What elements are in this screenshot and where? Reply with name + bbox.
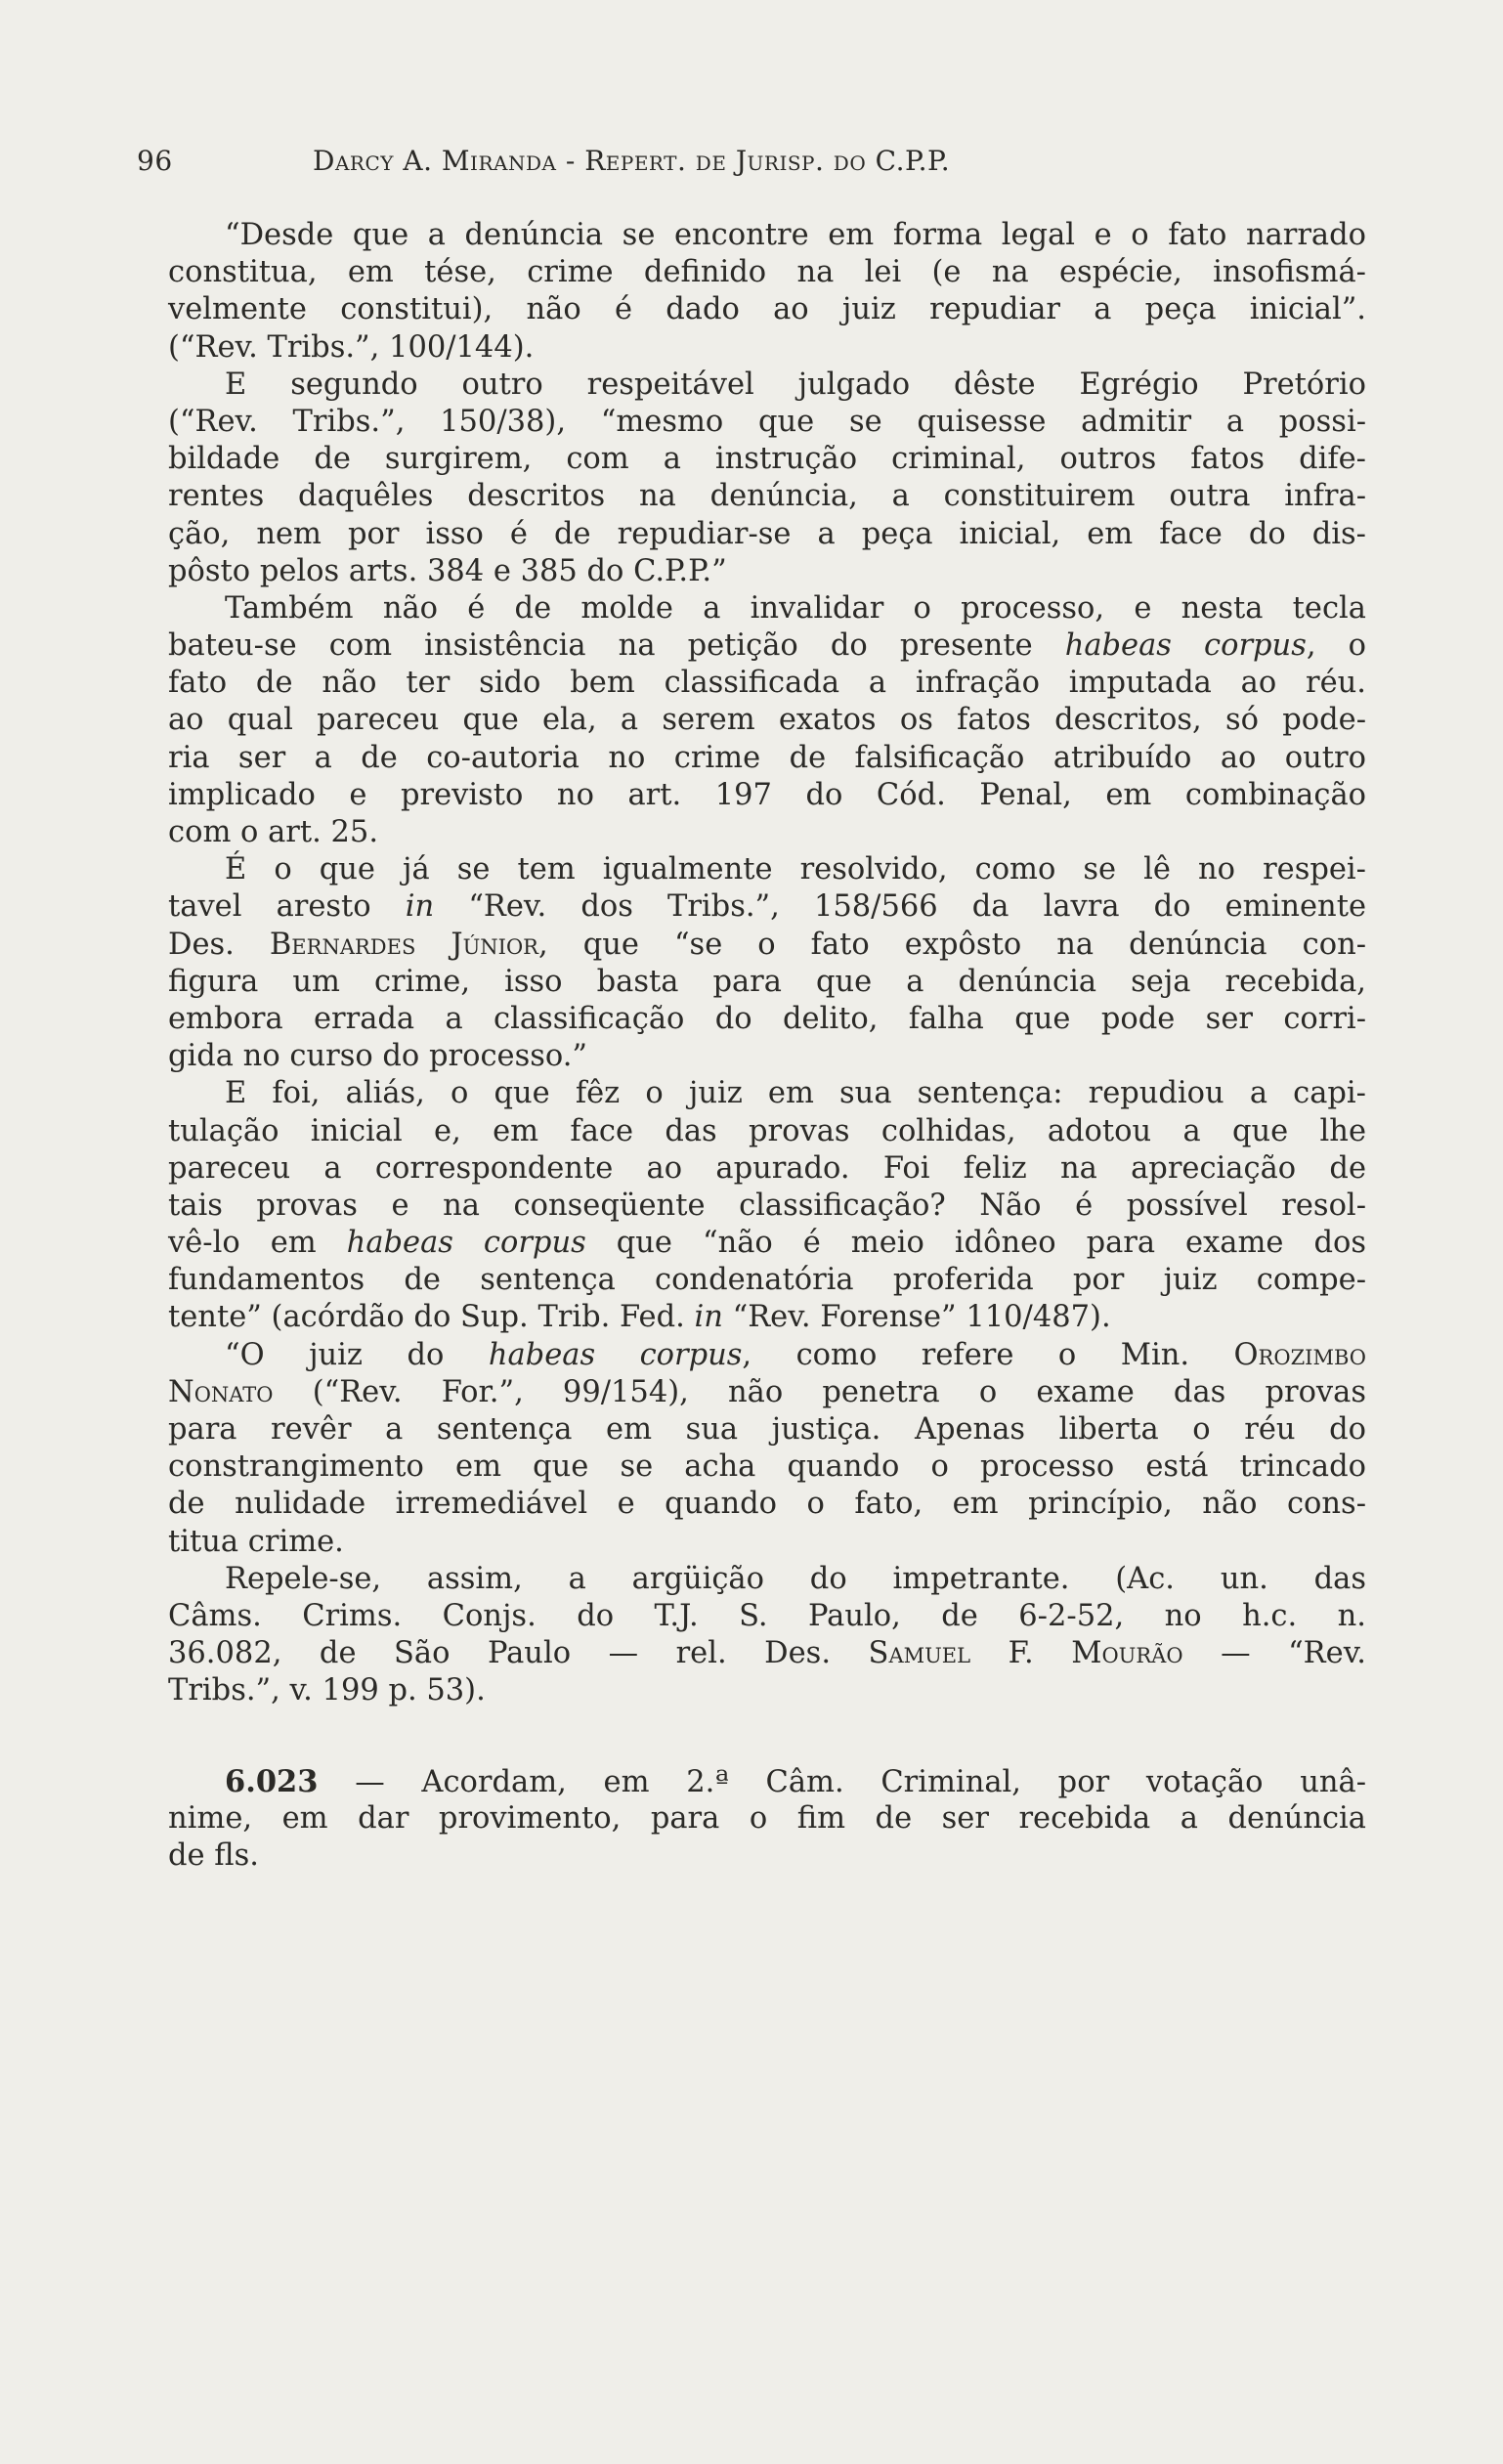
text-line: “Desde que a denúncia se encontre em for… bbox=[168, 217, 1366, 254]
text-span: “Rev. Forense” 110/487). bbox=[723, 1300, 1111, 1334]
text-line: Também não é de molde a invalidar o proc… bbox=[168, 590, 1366, 627]
paragraph-sentence: E foi, aliás, o que fêz o juiz em sua se… bbox=[168, 1075, 1366, 1336]
page-body: “Desde que a denúncia se encontre em for… bbox=[168, 217, 1366, 1875]
text-line: de fls. bbox=[168, 1837, 1366, 1875]
italic-term: in bbox=[695, 1300, 723, 1334]
page-header: 96 Darcy A. Miranda - Repert. de Jurisp.… bbox=[137, 145, 1368, 184]
text-line: E foi, aliás, o que fêz o juiz em sua se… bbox=[168, 1075, 1366, 1112]
judge-name: Samuel F. Mourão bbox=[869, 1636, 1183, 1670]
text-line: 36.082, de São Paulo — rel. Des. Samuel … bbox=[168, 1635, 1366, 1672]
paragraph-citation: Repele-se, assim, a argüição do impetran… bbox=[168, 1561, 1366, 1710]
text-span: bateu-se com insistência na petição do p… bbox=[168, 628, 1065, 663]
text-line: ria ser a de co-autoria no crime de fals… bbox=[168, 740, 1366, 777]
text-span: — Acordam, em 2.ª Câm. Criminal, por vot… bbox=[319, 1765, 1366, 1799]
text-line: de nulidade irremediável e quando o fato… bbox=[168, 1486, 1366, 1523]
text-line: tulação inicial e, em face das provas co… bbox=[168, 1113, 1366, 1150]
text-span: tavel aresto bbox=[168, 889, 406, 924]
text-line: Des. Bernardes Júnior, que “se o fato ex… bbox=[168, 927, 1366, 964]
text-line: vê-lo em habeas corpus que “não é meio i… bbox=[168, 1225, 1366, 1262]
text-span: — “Rev. bbox=[1183, 1636, 1366, 1670]
text-line: bateu-se com insistência na petição do p… bbox=[168, 627, 1366, 665]
text-line: (“Rev. Tribs.”, 100/144). bbox=[168, 329, 1366, 367]
paragraph-second-ruling: E segundo outro respeitável julgado dêst… bbox=[168, 367, 1366, 590]
text-line: Repele-se, assim, a argüição do impetran… bbox=[168, 1561, 1366, 1598]
text-span: “O juiz do bbox=[225, 1338, 489, 1372]
text-line: fato de não ter sido bem classificada a … bbox=[168, 665, 1366, 702]
text-span: Des. bbox=[168, 928, 270, 962]
text-line: pôsto pelos arts. 384 e 385 do C.P.P.” bbox=[168, 553, 1366, 590]
text-line: tavel aresto in “Rev. dos Tribs.”, 158/5… bbox=[168, 888, 1366, 926]
text-span: , que “se o fato expôsto na denúncia con… bbox=[538, 928, 1366, 962]
italic-term: habeas corpus bbox=[489, 1338, 743, 1372]
text-line: constitua, em tése, crime definido na le… bbox=[168, 254, 1366, 291]
italic-term: habeas corpus bbox=[347, 1226, 586, 1260]
running-title: Darcy A. Miranda - Repert. de Jurisp. do… bbox=[313, 145, 950, 177]
text-line: Câms. Crims. Conjs. do T.J. S. Paulo, de… bbox=[168, 1598, 1366, 1635]
text-span: tente” (acórdão do Sup. Trib. Fed. bbox=[168, 1300, 695, 1334]
text-line: fundamentos de sentença condenatória pro… bbox=[168, 1262, 1366, 1299]
text-line: “O juiz do habeas corpus, como refere o … bbox=[168, 1337, 1366, 1374]
text-line: bildade de surgirem, com a instrução cri… bbox=[168, 441, 1366, 478]
paragraph-habeas-corpus: “O juiz do habeas corpus, como refere o … bbox=[168, 1337, 1366, 1561]
text-line: constrangimento em que se acha quando o … bbox=[168, 1448, 1366, 1486]
text-span: “Rev. dos Tribs.”, 158/566 da lavra do e… bbox=[434, 889, 1366, 924]
text-line: nime, em dar provimento, para o fim de s… bbox=[168, 1800, 1366, 1837]
text-line: ção, nem por isso é de repudiar-se a peç… bbox=[168, 516, 1366, 553]
minister-name: Nonato bbox=[168, 1375, 274, 1409]
text-span: 36.082, de São Paulo — rel. Des. bbox=[168, 1636, 869, 1670]
text-line: tente” (acórdão do Sup. Trib. Fed. in “R… bbox=[168, 1299, 1366, 1336]
italic-term: habeas corpus bbox=[1065, 628, 1307, 663]
text-line: (“Rev. Tribs.”, 150/38), “mesmo que se q… bbox=[168, 404, 1366, 441]
text-span: , o bbox=[1307, 628, 1366, 663]
paragraph-precedent: É o que já se tem igualmente resolvido, … bbox=[168, 851, 1366, 1075]
minister-name: Orozimbo bbox=[1234, 1338, 1366, 1372]
text-line: gida no curso do processo.” bbox=[168, 1038, 1366, 1075]
text-span: (“Rev. For.”, 99/154), não penetra o exa… bbox=[274, 1375, 1366, 1409]
text-span: , como refere o Min. bbox=[742, 1338, 1233, 1372]
text-line: É o que já se tem igualmente resolvido, … bbox=[168, 851, 1366, 888]
case-number: 6.023 bbox=[225, 1764, 319, 1799]
italic-term: in bbox=[406, 889, 434, 924]
text-line: Tribs.”, v. 199 p. 53). bbox=[168, 1672, 1366, 1709]
text-line: titua crime. bbox=[168, 1524, 1366, 1561]
text-line: 6.023 — Acordam, em 2.ª Câm. Criminal, p… bbox=[168, 1763, 1366, 1800]
text-line: pareceu a correspondente ao apurado. Foi… bbox=[168, 1150, 1366, 1188]
text-span: vê-lo em bbox=[168, 1226, 347, 1260]
page-number: 96 bbox=[137, 145, 173, 177]
text-line: Nonato (“Rev. For.”, 99/154), não penetr… bbox=[168, 1374, 1366, 1411]
text-line: tais provas e na conseqüente classificaç… bbox=[168, 1188, 1366, 1225]
text-line: para revêr a sentença em sua justiça. Ap… bbox=[168, 1411, 1366, 1448]
entry-6023: 6.023 — Acordam, em 2.ª Câm. Criminal, p… bbox=[168, 1763, 1366, 1876]
document-page: 96 Darcy A. Miranda - Repert. de Jurisp.… bbox=[0, 0, 1503, 2464]
paragraph-quote-1: “Desde que a denúncia se encontre em for… bbox=[168, 217, 1366, 367]
text-line: ao qual pareceu que ela, a serem exatos … bbox=[168, 702, 1366, 739]
text-line: E segundo outro respeitável julgado dêst… bbox=[168, 367, 1366, 404]
text-line: com o art. 25. bbox=[168, 814, 1366, 851]
text-line: velmente constitui), não é dado ao juiz … bbox=[168, 291, 1366, 328]
text-line: rentes daquêles descritos na denúncia, a… bbox=[168, 478, 1366, 515]
section-gap bbox=[168, 1710, 1366, 1763]
paragraph-classification: Também não é de molde a invalidar o proc… bbox=[168, 590, 1366, 851]
text-line: implicado e previsto no art. 197 do Cód.… bbox=[168, 777, 1366, 814]
text-line: embora errada a classificação do delito,… bbox=[168, 1001, 1366, 1038]
text-span: que “não é meio idôneo para exame dos bbox=[586, 1226, 1366, 1260]
judge-name: Bernardes Júnior bbox=[270, 928, 538, 962]
text-line: figura um crime, isso basta para que a d… bbox=[168, 964, 1366, 1001]
